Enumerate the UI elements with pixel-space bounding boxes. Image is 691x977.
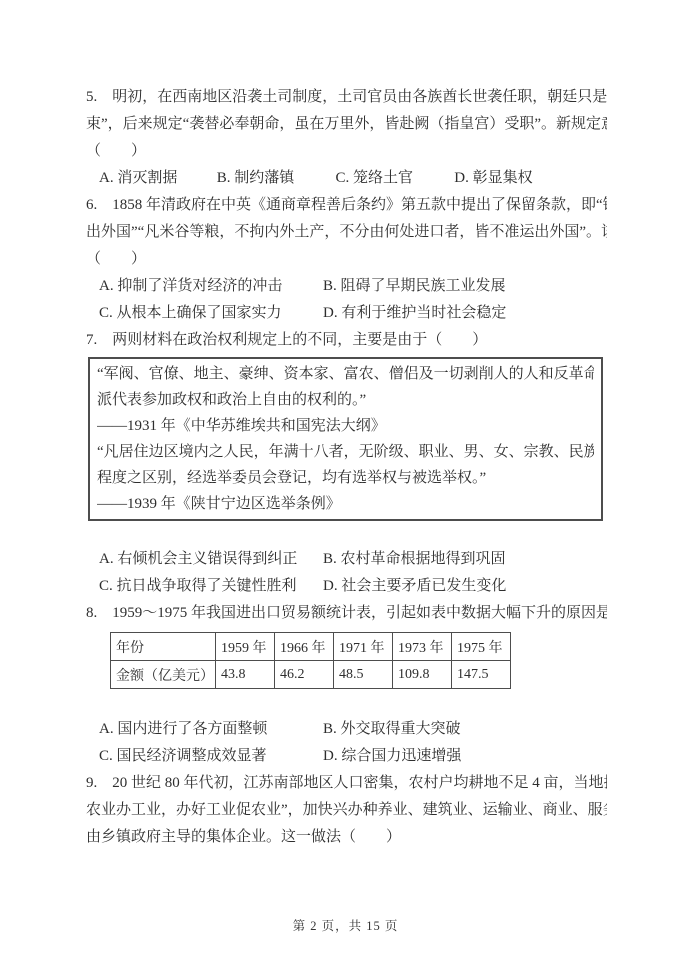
question-6: 6. 1858 年清政府在中英《通商章程善后条约》第五款中提出了保留条款，即“铜…: [86, 192, 607, 327]
option-a: A. 抑制了洋货对经济的冲击: [99, 273, 323, 300]
table-value-cell: 46.2: [275, 661, 334, 689]
table-value-cell: 48.5: [334, 661, 393, 689]
question-9: 9. 20 世纪 80 年代初，江苏南部地区人口密集，农村户均耕地不足 4 亩，…: [86, 770, 607, 851]
quote-2-source: ——1939 年《陕甘宁边区选举条例》: [97, 491, 594, 517]
quote-2-line: “凡居住边区境内之人民，年满十八者，无阶级、职业、男、女、宗教、民族、财产与文化: [97, 439, 594, 465]
option-d: D. 有利于维护当时社会稳定: [323, 300, 607, 327]
exam-page: { "page": { "footer": "第 2 页，共 15 页" }, …: [0, 0, 691, 977]
option-d: D. 社会主要矛盾已发生变化: [323, 573, 607, 600]
quote-1-source: ——1931 年《中华苏维埃共和国宪法大纲》: [97, 413, 594, 439]
table-value-cell: 金额（亿美元）: [111, 661, 216, 689]
question-6-blank-parens: （ ）: [86, 246, 607, 273]
page-footer: 第 2 页，共 15 页: [0, 916, 691, 934]
quote-2-line: 程度之区别，经选举委员会登记，均有选举权与被选举权。”: [97, 465, 594, 491]
table-header-cell: 1966 年: [275, 633, 334, 661]
question-7-stem-line: 7. 两则材料在政治权利规定上的不同，主要是由于（ ）: [86, 327, 607, 354]
option-b: B. 外交取得重大突破: [323, 716, 607, 743]
table-row-years: 年份 1959 年 1966 年 1971 年 1973 年 1975 年: [111, 633, 511, 661]
question-7-options: A. 右倾机会主义错误得到纠正 B. 农村革命根据地得到巩固 C. 抗日战争取得…: [86, 546, 607, 600]
question-5-stem-line: 束”，后来规定“袭替必奉朝命，虽在万里外，皆赴阙（指皇宫）受职”。新规定意在: [86, 111, 607, 138]
question-6-options: A. 抑制了洋货对经济的冲击 B. 阻碍了早期民族工业发展 C. 从根本上确保了…: [86, 273, 607, 327]
option-b: B. 农村革命根据地得到巩固: [323, 546, 607, 573]
question-5-options: A. 消灭割据 B. 制约藩镇 C. 笼络土官 D. 彰显集权: [86, 165, 607, 192]
option-b: B. 制约藩镇: [217, 165, 332, 192]
question-7: 7. 两则材料在政治权利规定上的不同，主要是由于（ ） “军阀、官僚、地主、豪绅…: [86, 327, 607, 600]
option-a: A. 消灭割据: [99, 165, 213, 192]
table-value-cell: 109.8: [393, 661, 452, 689]
option-c: C. 国民经济调整成效显著: [99, 743, 323, 770]
option-a: A. 右倾机会主义错误得到纠正: [99, 546, 323, 573]
materials-quote-box: “军阀、官僚、地主、豪绅、资本家、富农、僧侣及一切剥削人的人和反革命分子是没有选…: [88, 357, 603, 521]
question-5-blank-parens: （ ）: [86, 138, 607, 165]
question-8-options: A. 国内进行了各方面整顿 B. 外交取得重大突破 C. 国民经济调整成效显著 …: [86, 716, 607, 770]
table-value-cell: 147.5: [452, 661, 511, 689]
quote-1-line: 派代表参加政权和政治上自由的权利的。”: [97, 387, 594, 413]
option-d: D. 彰显集权: [454, 165, 532, 192]
question-8-stem-line: 8. 1959～1975 年我国进出口贸易额统计表，引起如表中数据大幅下升的原因…: [86, 600, 607, 627]
question-5: 5. 明初，在西南地区沿袭土司制度，土司官员由各族酋长世袭任职，朝廷只是“稍与约…: [86, 84, 607, 192]
option-d: D. 综合国力迅速增强: [323, 743, 607, 770]
table-header-cell: 1971 年: [334, 633, 393, 661]
table-row-amounts: 金额（亿美元） 43.8 46.2 48.5 109.8 147.5: [111, 661, 511, 689]
question-6-stem-line: 出外国”“凡米谷等粮，不拘内外土产，不分由何处进口者，皆不准运出外国”。该条款: [86, 219, 607, 246]
exam-content: 5. 明初，在西南地区沿袭土司制度，土司官员由各族酋长世袭任职，朝廷只是“稍与约…: [86, 84, 607, 851]
question-6-stem-line: 6. 1858 年清政府在中英《通商章程善后条约》第五款中提出了保留条款，即“铜…: [86, 192, 607, 219]
table-header-cell: 1975 年: [452, 633, 511, 661]
question-5-stem-line: 5. 明初，在西南地区沿袭土司制度，土司官员由各族酋长世袭任职，朝廷只是“稍与约: [86, 84, 607, 111]
table-value-cell: 43.8: [216, 661, 275, 689]
quote-1-line: “军阀、官僚、地主、豪绅、资本家、富农、僧侣及一切剥削人的人和反革命分子是没有选: [97, 361, 594, 387]
option-b: B. 阻碍了早期民族工业发展: [323, 273, 607, 300]
trade-statistics-table: 年份 1959 年 1966 年 1971 年 1973 年 1975 年 金额…: [110, 632, 511, 689]
table-header-cell: 1973 年: [393, 633, 452, 661]
question-9-stem-line: 农业办工业，办好工业促农业”，加快兴办种养业、建筑业、运输业、商业、服务业等各类: [86, 797, 607, 824]
option-c: C. 从根本上确保了国家实力: [99, 300, 323, 327]
table-header-cell: 年份: [111, 633, 216, 661]
option-c: C. 笼络土官: [336, 165, 451, 192]
table-header-cell: 1959 年: [216, 633, 275, 661]
question-9-stem-line: 由乡镇政府主导的集体企业。这一做法（ ）: [86, 824, 607, 851]
question-8: 8. 1959～1975 年我国进出口贸易额统计表，引起如表中数据大幅下升的原因…: [86, 600, 607, 770]
option-c: C. 抗日战争取得了关键性胜利: [99, 573, 323, 600]
question-9-stem-line: 9. 20 世纪 80 年代初，江苏南部地区人口密集，农村户均耕地不足 4 亩，…: [86, 770, 607, 797]
option-a: A. 国内进行了各方面整顿: [99, 716, 323, 743]
